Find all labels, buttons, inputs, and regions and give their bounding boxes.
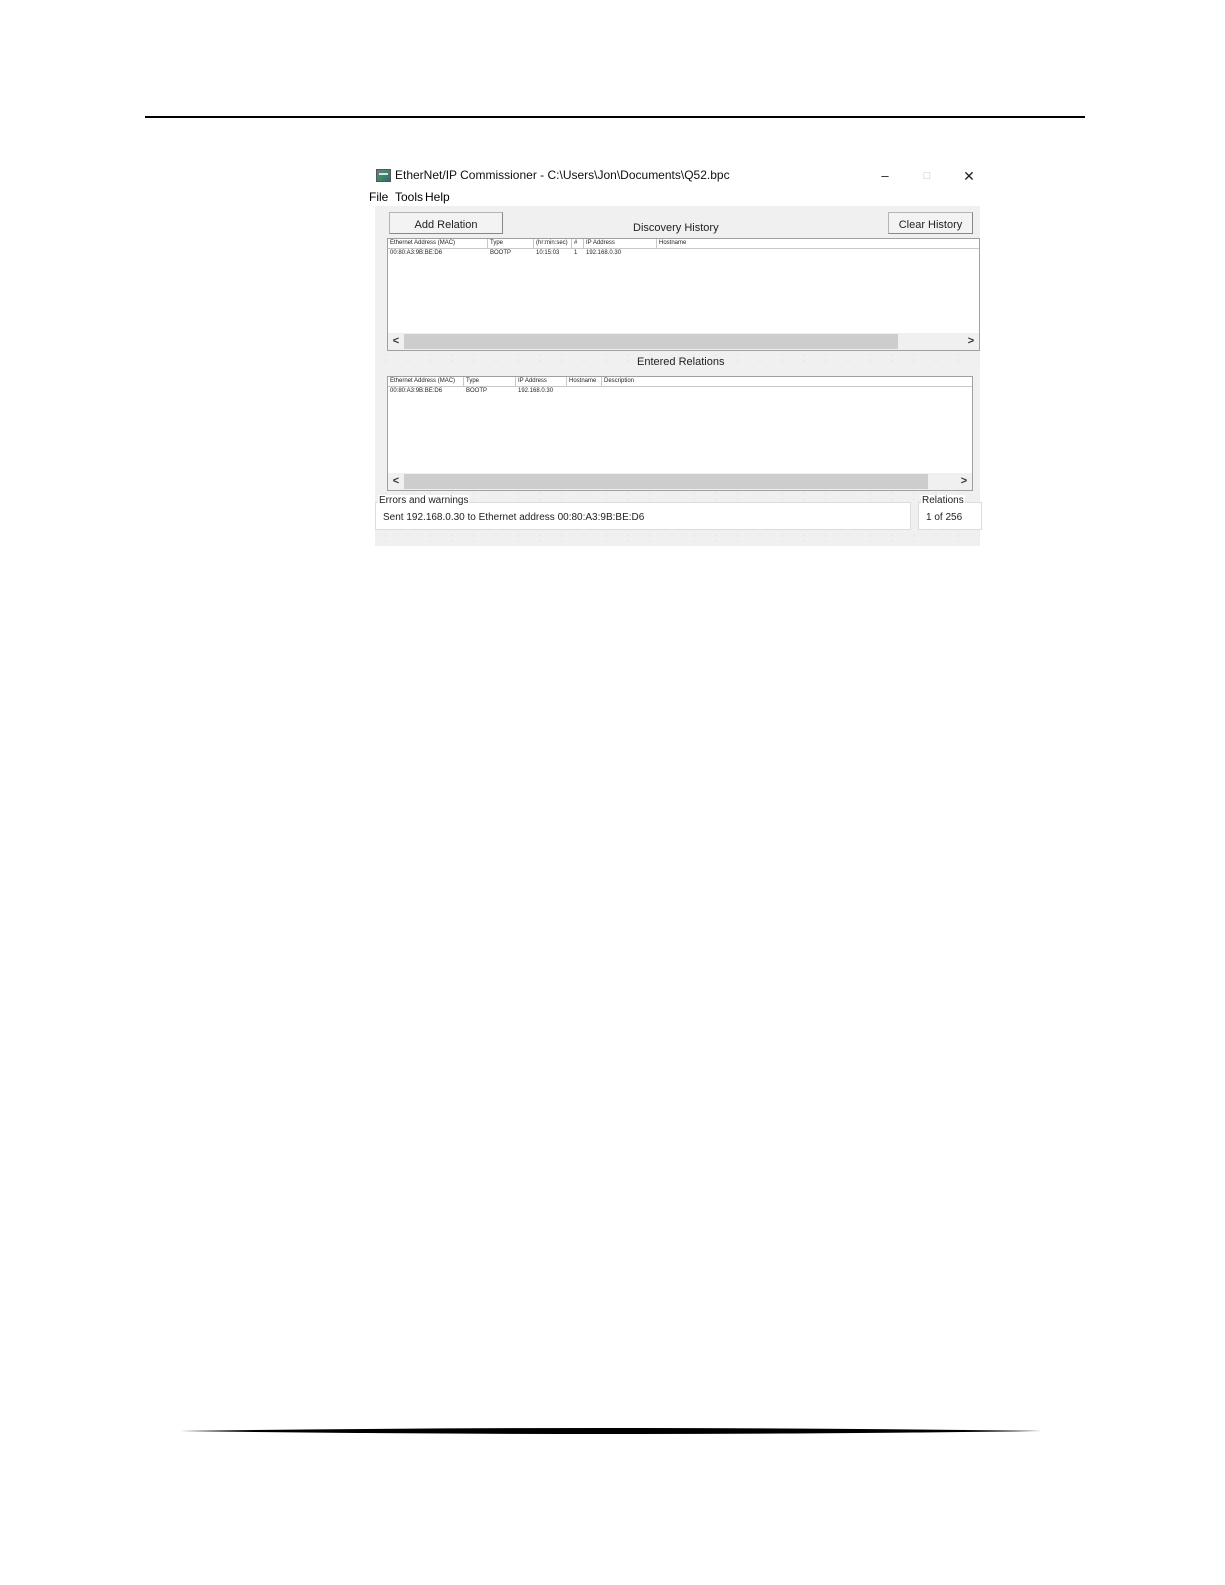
- close-icon[interactable]: ✕: [957, 166, 981, 186]
- add-relation-button[interactable]: Add Relation: [389, 212, 503, 234]
- app-window-screenshot: EtherNet/IP Commissioner - C:\Users\Jon\…: [373, 163, 990, 553]
- column-header-description[interactable]: Description: [602, 377, 973, 386]
- client-area: Add Relation Discovery History Clear His…: [375, 206, 980, 546]
- title-bar: EtherNet/IP Commissioner - C:\Users\Jon\…: [373, 163, 990, 189]
- minimize-icon[interactable]: –: [873, 166, 897, 186]
- errors-warnings-group: Errors and warnings Sent 192.168.0.30 to…: [375, 502, 911, 530]
- column-header-mac[interactable]: Ethernet Address (MAC): [388, 239, 488, 248]
- scroll-left-icon[interactable]: <: [388, 333, 404, 350]
- discovery-history-list[interactable]: Ethernet Address (MAC) Type (hr:min:sec)…: [387, 238, 980, 351]
- relations-group: Relations 1 of 256: [918, 502, 982, 530]
- column-header-hostname[interactable]: Hostname: [567, 377, 602, 386]
- menu-file[interactable]: File: [369, 190, 388, 204]
- scroll-right-icon[interactable]: >: [963, 333, 979, 350]
- page-top-rule: [145, 116, 1085, 118]
- page-bottom-rule: [180, 1428, 1042, 1434]
- column-header-type[interactable]: Type: [488, 239, 534, 248]
- cell-ip: 192.168.0.30: [584, 249, 621, 257]
- list-header: Ethernet Address (MAC) Type (hr:min:sec)…: [388, 239, 979, 249]
- menu-help[interactable]: Help: [425, 190, 450, 204]
- entered-relations-title: Entered Relations: [637, 356, 724, 368]
- relations-label: Relations: [921, 495, 965, 506]
- scroll-left-icon[interactable]: <: [388, 473, 404, 490]
- errors-warnings-label: Errors and warnings: [378, 495, 469, 506]
- window-title: EtherNet/IP Commissioner - C:\Users\Jon\…: [395, 168, 730, 182]
- entered-relations-list[interactable]: Ethernet Address (MAC) Type IP Address H…: [387, 376, 973, 491]
- menu-tools[interactable]: Tools: [395, 190, 423, 204]
- menu-bar: File Tools Help: [373, 189, 990, 206]
- table-row[interactable]: 00:80:A3:9B:BE:D6 BOOTP 192.168.0.30: [388, 387, 972, 395]
- column-header-type[interactable]: Type: [464, 377, 516, 386]
- scroll-thumb[interactable]: [404, 474, 928, 489]
- column-header-time[interactable]: (hr:min:sec): [534, 239, 572, 248]
- cell-ip: 192.168.0.30: [516, 387, 553, 395]
- relations-count: 1 of 256: [926, 512, 962, 523]
- discovery-history-title: Discovery History: [633, 222, 719, 234]
- decorative-grid: [375, 532, 980, 544]
- column-header-count[interactable]: #: [572, 239, 584, 248]
- column-header-mac[interactable]: Ethernet Address (MAC): [388, 377, 464, 386]
- app-icon: [376, 169, 391, 182]
- cell-type: BOOTP: [464, 387, 487, 395]
- table-row[interactable]: 00:80:A3:9B:BE:D6 BOOTP 10:15:03 1 192.1…: [388, 249, 979, 257]
- cell-mac: 00:80:A3:9B:BE:D6: [388, 387, 442, 395]
- scroll-thumb[interactable]: [404, 334, 898, 349]
- maximize-icon[interactable]: □: [915, 166, 939, 186]
- column-header-hostname[interactable]: Hostname: [657, 239, 980, 248]
- list-header: Ethernet Address (MAC) Type IP Address H…: [388, 377, 972, 387]
- horizontal-scrollbar[interactable]: < >: [388, 333, 979, 350]
- cell-type: BOOTP: [488, 249, 511, 257]
- cell-count: 1: [572, 249, 577, 257]
- cell-mac: 00:80:A3:9B:BE:D6: [388, 249, 442, 257]
- column-header-ip[interactable]: IP Address: [516, 377, 567, 386]
- clear-history-button[interactable]: Clear History: [888, 212, 973, 234]
- scroll-right-icon[interactable]: >: [956, 473, 972, 490]
- column-header-ip[interactable]: IP Address: [584, 239, 657, 248]
- errors-warnings-text: Sent 192.168.0.30 to Ethernet address 00…: [383, 512, 644, 523]
- cell-time: 10:15:03: [534, 249, 559, 257]
- horizontal-scrollbar[interactable]: < >: [388, 473, 972, 490]
